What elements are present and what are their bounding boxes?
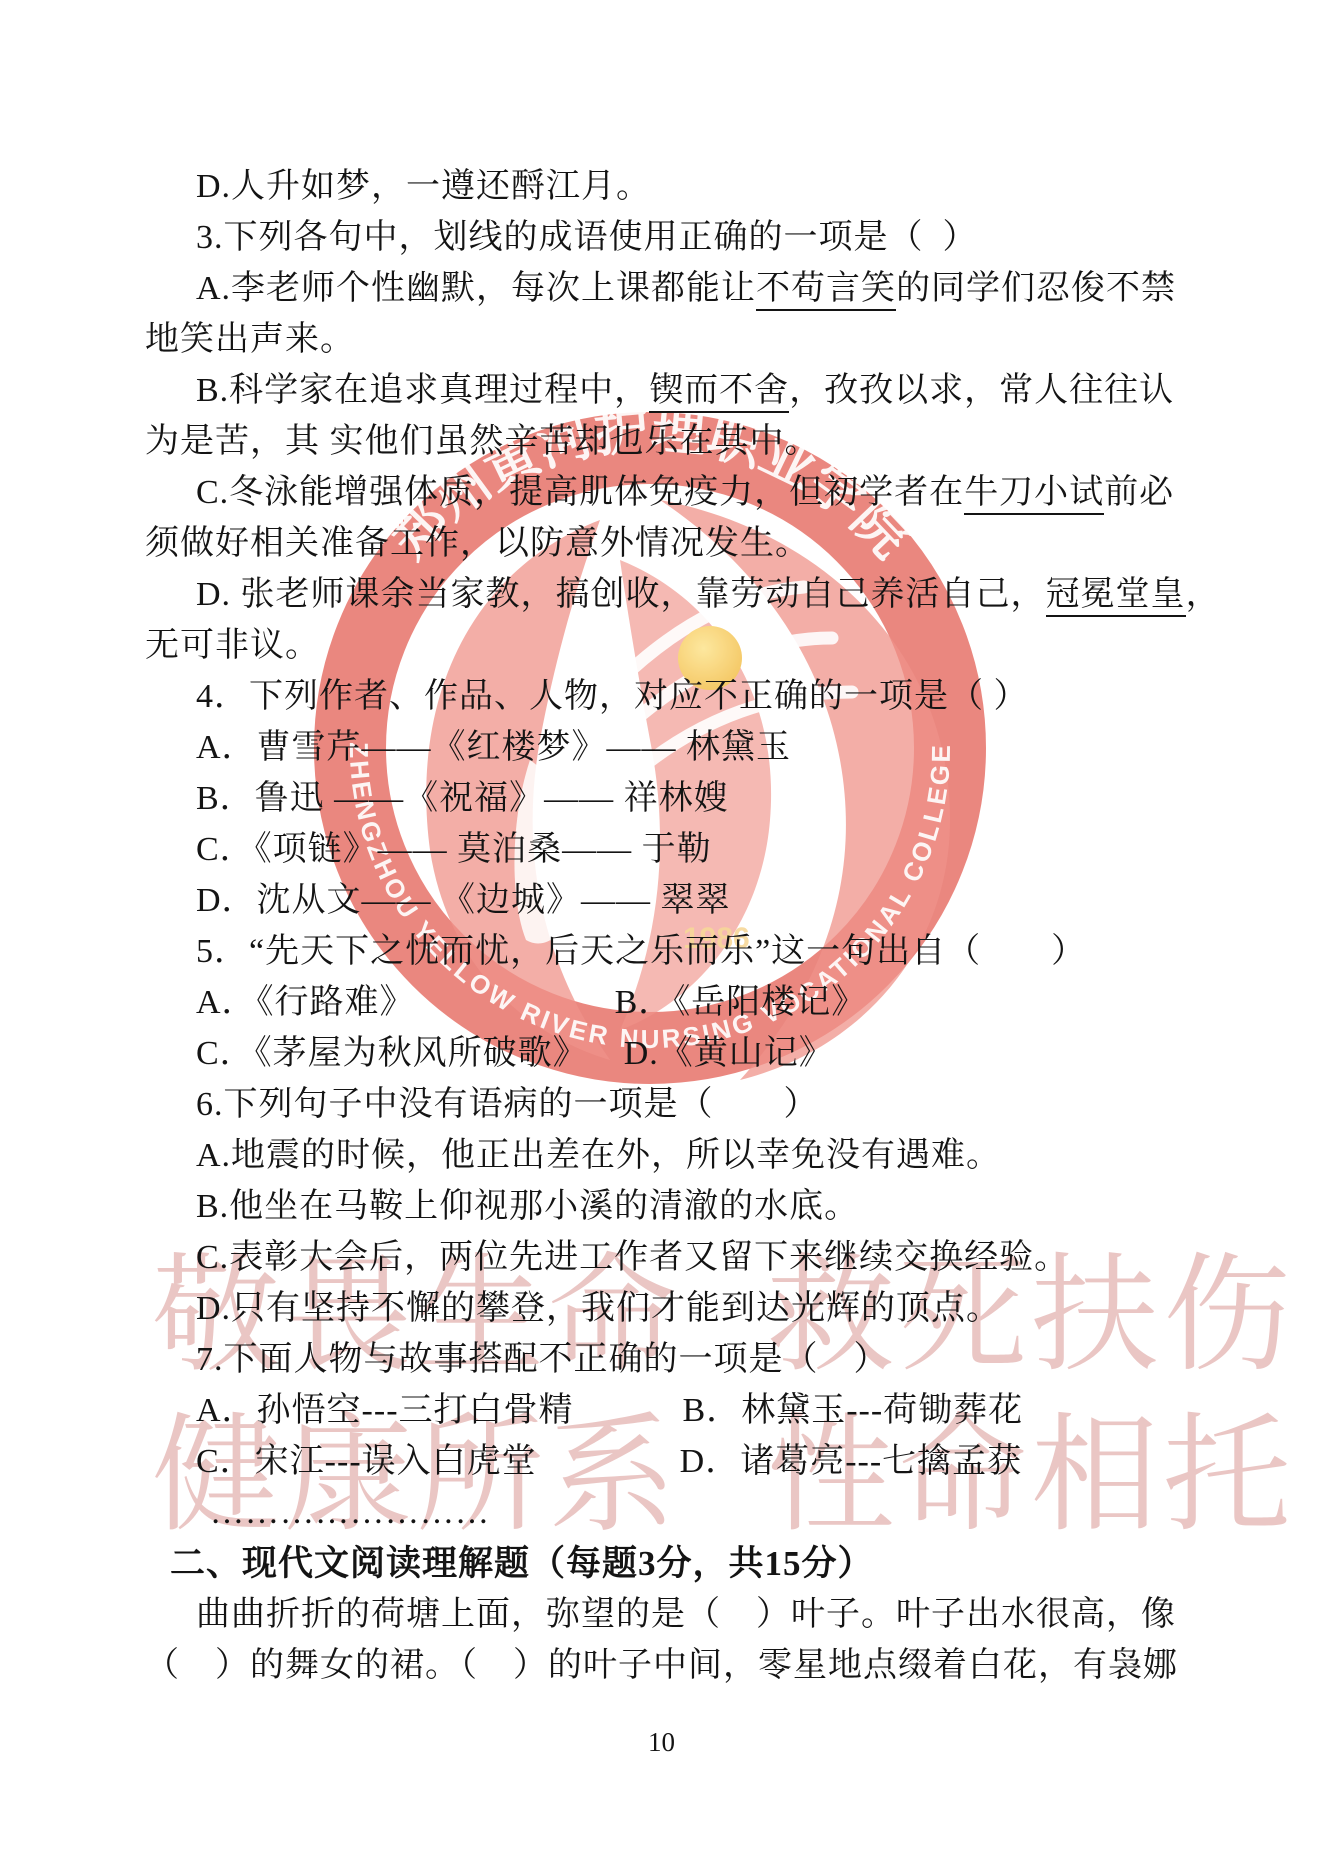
option-line: C．《项链》—— 莫泊桑—— 于勒 xyxy=(145,824,1221,875)
option-line: C.冬泳能增强体质，提高肌体免疫力，但初学者在牛刀小试前必 xyxy=(145,467,1221,518)
text-segment: D.只有坚持不懈的攀登，我们才能到达光辉的顶点。 xyxy=(196,1290,1001,1327)
option-line: B.他坐在马鞍上仰视那小溪的清澈的水底。 xyxy=(145,1181,1221,1232)
underlined-phrase: 锲而不舍 xyxy=(649,372,789,413)
underlined-phrase: 冠冕堂皇 xyxy=(1046,576,1186,617)
text-segment: 为是苦，其 实他们虽然辛苦却也乐在其中。 xyxy=(145,423,820,460)
option-line: A.李老师个性幽默，每次上课都能让不苟言笑的同学们忍俊不禁 xyxy=(145,263,1221,314)
option-line: A.地震的时候，他正出差在外，所以幸免没有遇难。 xyxy=(145,1130,1221,1181)
text-segment: C.冬泳能增强体质，提高肌体免疫力，但初学者在 xyxy=(196,474,964,511)
text-segment: 5．“先天下之忧而忧，后天之乐而乐”这一句出自（ ） xyxy=(196,933,1086,970)
question-line: 3.下列各句中，划线的成语使用正确的一项是（ ） xyxy=(145,212,1221,263)
text-segment: 前必 xyxy=(1104,474,1174,511)
text-segment: …………………… xyxy=(210,1494,490,1531)
option-line: C．宋江---误入白虎堂D．诸葛亮---七擒孟获 xyxy=(145,1436,1221,1487)
text-segment: D. 张老师课余当家教，搞创收，靠劳动自己养活自己， xyxy=(196,576,1046,613)
option-line: D.人升如梦，一遵还酹江月。 xyxy=(145,161,1221,212)
underlined-phrase: 牛刀小试 xyxy=(964,474,1104,515)
page-number: 10 xyxy=(0,1727,1323,1758)
text-segment: B．林黛玉---荷锄葬花 xyxy=(683,1392,1024,1429)
option-line: D.只有坚持不懈的攀登，我们才能到达光辉的顶点。 xyxy=(145,1283,1221,1334)
ellipsis-line: …………………… xyxy=(145,1487,1221,1538)
option-line-continuation: 无可非议。 xyxy=(145,620,1221,671)
option-line: A．曹雪芹——《红楼梦》—— 林黛玉 xyxy=(145,722,1221,773)
text-segment: C.表彰大会后，两位先进工作者又留下来继续交换经验。 xyxy=(196,1239,1069,1276)
option-line: C．《茅屋为秋风所破歌》D.《黄山记》 xyxy=(145,1028,1221,1079)
document-body: D.人升如梦，一遵还酹江月。3.下列各句中，划线的成语使用正确的一项是（ ）A.… xyxy=(145,161,1221,1691)
option-line: B．鲁迅 ——《祝福》—— 祥林嫂 xyxy=(145,773,1221,824)
text-segment: A．曹雪芹——《红楼梦》—— 林黛玉 xyxy=(196,729,791,766)
passage-line: （ ）的舞女的裙。（ ）的叶子中间，零星地点缀着白花，有袅娜 xyxy=(145,1640,1221,1691)
text-segment: 3.下列各句中，划线的成语使用正确的一项是（ ） xyxy=(196,219,978,256)
text-segment: 的同学们忍俊不禁 xyxy=(896,270,1176,307)
text-segment: 无可非议。 xyxy=(145,627,320,664)
option-line: B.科学家在追求真理过程中，锲而不舍，孜孜以求，常人往往认 xyxy=(145,365,1221,416)
text-segment: C．《茅屋为秋风所破歌》 xyxy=(196,1035,588,1072)
option-line-continuation: 须做好相关准备工作，以防意外情况发生。 xyxy=(145,518,1221,569)
option-line-continuation: 为是苦，其 实他们虽然辛苦却也乐在其中。 xyxy=(145,416,1221,467)
text-segment: 须做好相关准备工作，以防意外情况发生。 xyxy=(145,525,810,562)
question-line: 5．“先天下之忧而忧，后天之乐而乐”这一句出自（ ） xyxy=(145,926,1221,977)
underlined-phrase: 不苟言笑 xyxy=(756,270,896,311)
text-segment: 6.下列句子中没有语病的一项是（ ） xyxy=(196,1086,819,1123)
text-segment: A．孙悟空---三打白骨精 xyxy=(196,1392,574,1429)
text-segment: 曲曲折折的荷塘上面，弥望的是（ ）叶子。叶子出水很高，像 xyxy=(196,1596,1176,1633)
text-segment: D．沈从文—— 《边城》—— 翠翠 xyxy=(196,882,731,919)
text-segment: B.他坐在马鞍上仰视那小溪的清澈的水底。 xyxy=(196,1188,859,1225)
option-line: C.表彰大会后，两位先进工作者又留下来继续交换经验。 xyxy=(145,1232,1221,1283)
text-segment: A.地震的时候，他正出差在外，所以幸免没有遇难。 xyxy=(196,1137,1001,1174)
question-line: 7.下面人物与故事搭配不正确的一项是（ ） xyxy=(145,1334,1221,1385)
option-line: D．沈从文—— 《边城》—— 翠翠 xyxy=(145,875,1221,926)
text-segment: A.李老师个性幽默，每次上课都能让 xyxy=(196,270,756,307)
text-segment: C．宋江---误入白虎堂 xyxy=(196,1443,537,1480)
text-segment: （ ）的舞女的裙。（ ）的叶子中间，零星地点缀着白花，有袅娜 xyxy=(145,1647,1178,1684)
section-heading: 二、现代文阅读理解题（每题3分，共15分） xyxy=(145,1538,1221,1589)
text-segment: ，孜孜以求，常人往往认 xyxy=(789,372,1174,409)
text-segment: ， xyxy=(1186,576,1221,613)
text-segment: A．《行路难》 xyxy=(196,984,415,1021)
text-segment: B.科学家在追求真理过程中， xyxy=(196,372,649,409)
text-segment: 地笑出声来。 xyxy=(145,321,355,358)
text-segment: D.《黄山记》 xyxy=(624,1035,834,1072)
option-line-continuation: 地笑出声来。 xyxy=(145,314,1221,365)
text-segment: C．《项链》—— 莫泊桑—— 于勒 xyxy=(196,831,712,868)
question-line: 4．下列作者、作品、人物，对应不正确的一项是（ ） xyxy=(145,671,1221,722)
text-segment: D.人升如梦，一遵还酹江月。 xyxy=(196,168,651,205)
question-line: 6.下列句子中没有语病的一项是（ ） xyxy=(145,1079,1221,1130)
text-segment: 二、现代文阅读理解题（每题3分，共15分） xyxy=(170,1544,874,1583)
text-segment: B．鲁迅 ——《祝福》—— 祥林嫂 xyxy=(196,780,729,817)
option-line: A．孙悟空---三打白骨精B．林黛玉---荷锄葬花 xyxy=(145,1385,1221,1436)
exam-paper-page: 郑州黄河护理职业学院 ZHENGZHOU YELLOW RIVER NURSIN… xyxy=(0,0,1323,1871)
text-segment: B．《岳阳楼记》 xyxy=(615,984,867,1021)
option-line: D. 张老师课余当家教，搞创收，靠劳动自己养活自己，冠冕堂皇， xyxy=(145,569,1221,620)
passage-line: 曲曲折折的荷塘上面，弥望的是（ ）叶子。叶子出水很高，像 xyxy=(145,1589,1221,1640)
text-segment: 4．下列作者、作品、人物，对应不正确的一项是（ ） xyxy=(196,678,1029,715)
text-segment: D．诸葛亮---七擒孟获 xyxy=(680,1443,1023,1480)
text-segment: 7.下面人物与故事搭配不正确的一项是（ ） xyxy=(196,1341,889,1378)
option-line: A．《行路难》B．《岳阳楼记》 xyxy=(145,977,1221,1028)
